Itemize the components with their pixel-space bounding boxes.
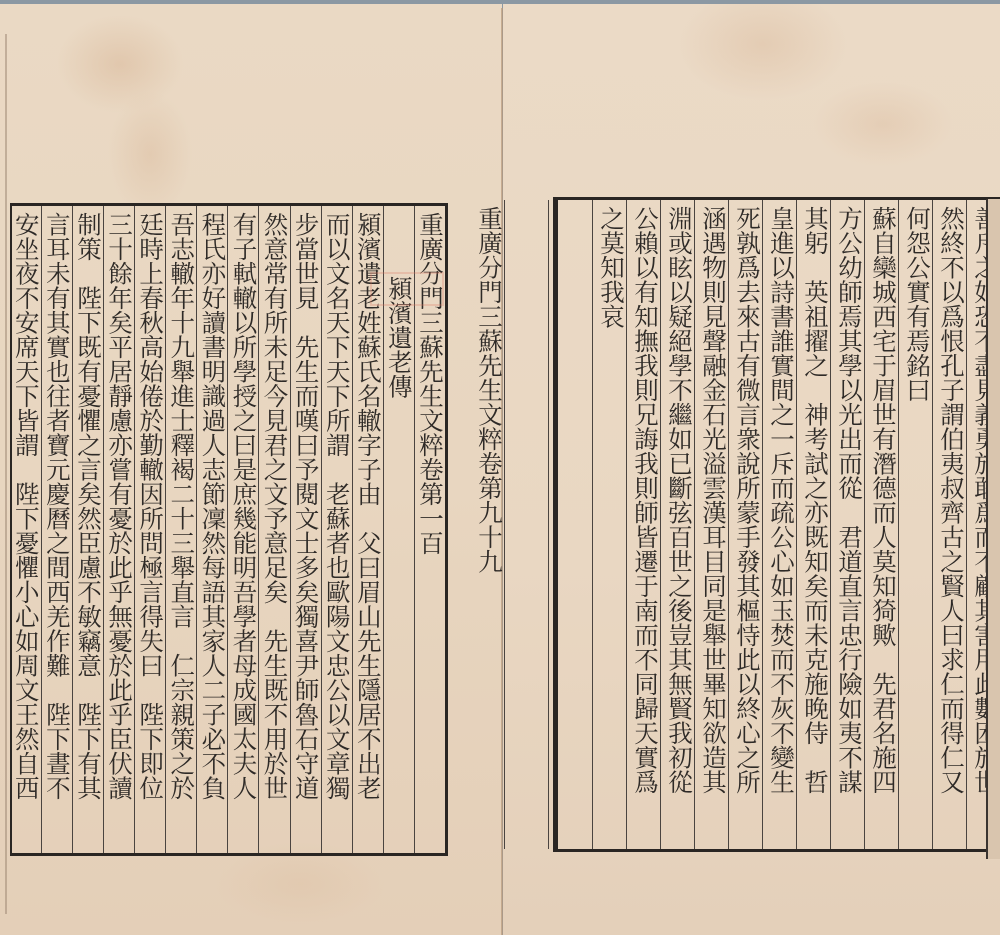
text-column: 三十餘年矣平居靜慮亦嘗有憂於此乎無憂於此乎臣伏讀: [103, 206, 134, 853]
left-page: 重廣分門三蘇先生文粹卷第一百 潁濱遺老傳 潁濱遺老姓蘇氏名轍字子由 父曰眉山先生…: [0, 4, 502, 935]
text-column: 言耳未有其實也往者寶元慶曆之間西羌作難 陛下晝不: [41, 206, 72, 853]
text-column: 方公幼師焉其學以光出而從 君道直言忠行險如夷不謀: [830, 200, 864, 849]
blank-column: [504, 200, 548, 849]
text-column: 程氏亦好讀書明識過人志節凜然每語其家人二子必不負: [196, 206, 227, 853]
text-column: 而以文名天下天下所謂 老蘇者也歐陽文忠公以文章獨: [321, 206, 352, 853]
page-edge-line: [5, 34, 7, 914]
text-column: 制策 陛下既有憂懼之言矣然臣慮不敏竊意 陛下有其: [72, 206, 103, 853]
text-column: 安坐夜不安席天下皆謂 陛下憂懼小心如周文王然自西: [10, 206, 41, 853]
volume-title-column: 重廣分門三蘇先生文粹卷第一百: [414, 206, 445, 853]
text-column: 皇進以詩書誰實間之一斥而疏公心如玉焚而不灰不變生: [762, 200, 796, 849]
left-page-columns: 重廣分門三蘇先生文粹卷第一百 潁濱遺老傳 潁濱遺老姓蘇氏名轍字子由 父曰眉山先生…: [12, 206, 445, 853]
text-column: 死孰爲去來古有微言衆說所蒙手發其樞恃此以終心之所: [728, 200, 762, 849]
text-column: 何怨公實有焉銘曰: [898, 200, 932, 849]
text-column: 之莫知我哀: [592, 200, 626, 849]
text-column: 公賴以有知撫我則兄誨我則師皆遷于南而不同歸天實爲: [626, 200, 660, 849]
text-column: 有子軾轍以所學授之曰是庶幾能明吾學者母成國太夫人: [227, 206, 258, 853]
chapter-heading-column: 潁濱遺老傳: [383, 206, 414, 853]
text-column: 蘇自欒城西宅于眉世有潛德而人莫知猗歟 先君名施四: [864, 200, 898, 849]
blank-column: [548, 200, 592, 849]
text-column: 廷時上春秋高始倦於勤轍因所問極言得失曰 陛下即位: [134, 206, 165, 853]
text-column: 淵或眩以疑絕學不繼如已斷弦百世之後豈其無賢我初從: [660, 200, 694, 849]
text-column: 吾志轍年十九舉進士釋褐二十三舉直言 仁宗親策之於: [165, 206, 196, 853]
text-column: 潁濱遺老姓蘇氏名轍字子由 父曰眉山先生隱居不出老: [352, 206, 383, 853]
left-page-text-frame: 重廣分門三蘇先生文粹卷第一百 潁濱遺老傳 潁濱遺老姓蘇氏名轍字子由 父曰眉山先生…: [10, 203, 448, 856]
text-column: 其躬 英祖擢之 神考試之亦既知矣而未克施晚侍 哲: [796, 200, 830, 849]
volume-end-title-column: 重廣分門三蘇先生文粹卷第九十九: [468, 200, 504, 849]
book-spread: 重廣分門三蘇先生文粹卷第一百 潁濱遺老傳 潁濱遺老姓蘇氏名轍字子由 父曰眉山先生…: [0, 4, 1000, 935]
text-column: 然意常有所未足今見君之文予意足矣 先生既不用於世: [258, 206, 289, 853]
right-page-columns: 善斥之如恐不盡見義勇於敢爲而不顧其害用此數困於世 然終不以爲恨孔子謂伯夷叔齊古之…: [558, 200, 1000, 849]
text-column: 涵遇物則見聲融金石光溢雲漢耳目同是舉世畢知欲造其: [694, 200, 728, 849]
text-column: 然終不以爲恨孔子謂伯夷叔齊古之賢人曰求仁而得仁又: [932, 200, 966, 849]
right-page: 善斥之如恐不盡見義勇於敢爲而不顧其害用此數困於世 然終不以爲恨孔子謂伯夷叔齊古之…: [503, 4, 1000, 935]
adjacent-page-edge: [986, 199, 1000, 859]
text-column: 步當世見 先生而嘆曰予閱文士多矣獨喜尹師魯石守道: [290, 206, 321, 853]
right-page-text-frame: 善斥之如恐不盡見義勇於敢爲而不顧其害用此數困於世 然終不以爲恨孔子謂伯夷叔齊古之…: [553, 197, 1000, 852]
